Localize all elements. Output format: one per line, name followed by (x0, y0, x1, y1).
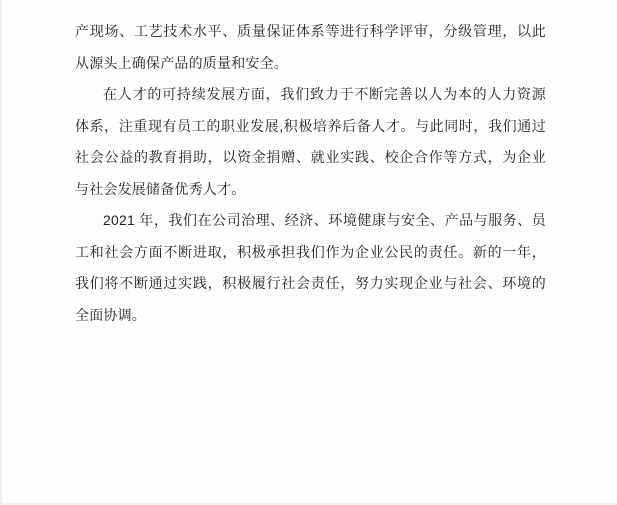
text-line: 与社会发展储备优秀人才。 (75, 174, 546, 206)
text-line: 工和社会方面不断进取，积极承担我们作为企业公民的责任。新的一年， (75, 237, 546, 269)
text-line: 在人才的可持续发展方面，我们致力于不断完善以人为本的人力资源 (75, 79, 546, 111)
document-paragraph: 在人才的可持续发展方面，我们致力于不断完善以人为本的人力资源体系，注重现有员工的… (75, 79, 546, 205)
text-line: 2021 年，我们在公司治理、经济、环境健康与安全、产品与服务、员 (75, 205, 546, 237)
document-paragraph: 产现场、工艺技术水平、质量保证体系等进行科学评审，分级管理，以此从源头上确保产品… (75, 16, 546, 79)
text-line: 社会公益的教育捐助，以资金捐赠、就业实践、校企合作等方式，为企业 (75, 142, 546, 174)
document-body-text: 产现场、工艺技术水平、质量保证体系等进行科学评审，分级管理，以此从源头上确保产品… (2, 0, 617, 331)
text-line: 从源头上确保产品的质量和安全。 (75, 48, 546, 80)
text-line: 产现场、工艺技术水平、质量保证体系等进行科学评审，分级管理，以此 (75, 16, 546, 48)
text-line: 我们将不断通过实践，积极履行社会责任，努力实现企业与社会、环境的 (75, 268, 546, 300)
text-line: 全面协调。 (75, 300, 546, 332)
text-line: 体系，注重现有员工的职业发展,积极培养后备人才。与此同时，我们通过 (75, 111, 546, 143)
document-page: 产现场、工艺技术水平、质量保证体系等进行科学评审，分级管理，以此从源头上确保产品… (0, 0, 617, 505)
document-paragraph: 2021 年，我们在公司治理、经济、环境健康与安全、产品与服务、员工和社会方面不… (75, 205, 546, 331)
